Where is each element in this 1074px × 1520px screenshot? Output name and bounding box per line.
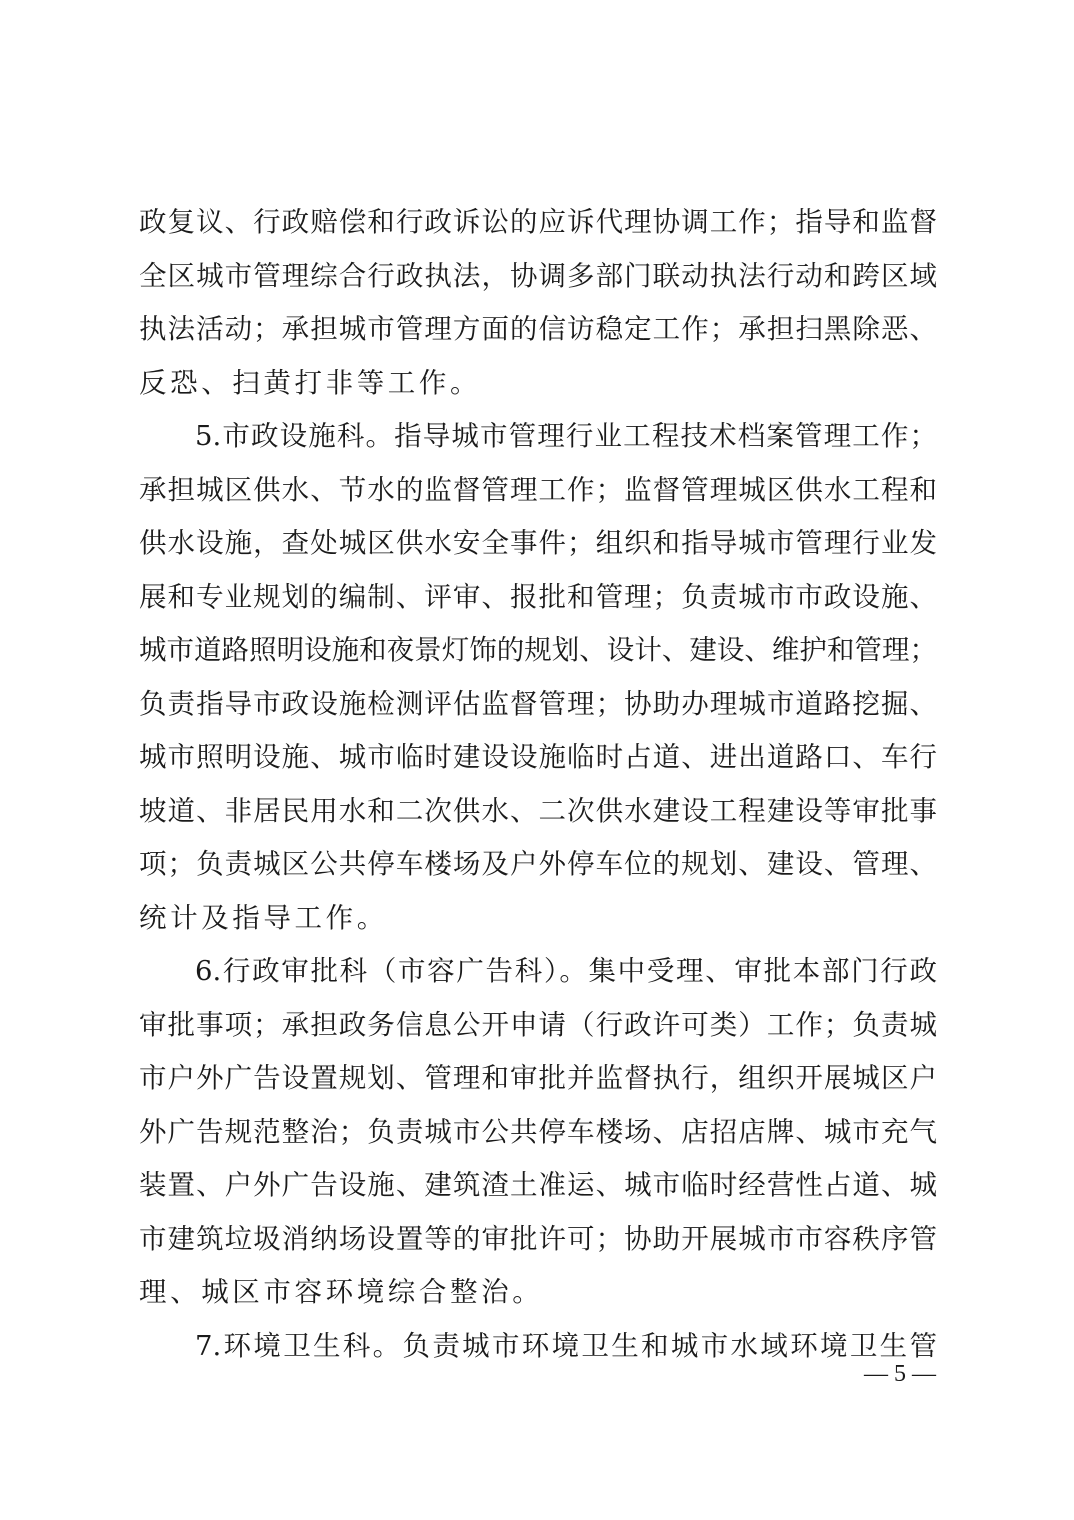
text-line: 外广告规范整治；负责城市公共停车楼场、店招店牌、城市充气	[139, 1110, 937, 1164]
text-line: 市建筑垃圾消纳场设置等的审批许可；协助开展城市市容秩序管	[139, 1217, 937, 1271]
text-line: 城市道路照明设施和夜景灯饰的规划、设计、建设、维护和管理；	[139, 628, 937, 682]
document-body: 政复议、行政赔偿和行政诉讼的应诉代理协调工作；指导和监督 全区城市管理综合行政执…	[139, 200, 937, 1377]
text-line: 承担城区供水、节水的监督管理工作；监督管理城区供水工程和	[139, 468, 937, 522]
document-page: 政复议、行政赔偿和行政诉讼的应诉代理协调工作；指导和监督 全区城市管理综合行政执…	[0, 0, 1074, 1520]
text-line: 负责指导市政设施检测评估监督管理；协助办理城市道路挖掘、	[139, 682, 937, 736]
text-line: 政复议、行政赔偿和行政诉讼的应诉代理协调工作；指导和监督	[139, 200, 937, 254]
text-line: 反恐、扫黄打非等工作。	[139, 361, 937, 415]
text-line: 理、城区市容环境综合整治。	[139, 1270, 937, 1324]
text-line: 城市照明设施、城市临时建设设施临时占道、进出道路口、车行	[139, 735, 937, 789]
text-line: 审批事项；承担政务信息公开申请（行政许可类）工作；负责城	[139, 1003, 937, 1057]
text-line: 执法活动；承担城市管理方面的信访稳定工作；承担扫黑除恶、	[139, 307, 937, 361]
text-line: 展和专业规划的编制、评审、报批和管理；负责城市市政设施、	[139, 575, 937, 629]
text-line: 全区城市管理综合行政执法，协调多部门联动执法行动和跨区域	[139, 254, 937, 308]
paragraph-heading-line: 7.环境卫生科。负责城市环境卫生和城市水域环境卫生管	[139, 1324, 937, 1378]
paragraph-heading-line: 6.行政审批科（市容广告科）。集中受理、审批本部门行政	[139, 949, 937, 1003]
text-line: 供水设施，查处城区供水安全事件；组织和指导城市管理行业发	[139, 521, 937, 575]
text-line: 坡道、非居民用水和二次供水、二次供水建设工程建设等审批事	[139, 789, 937, 843]
text-line: 统计及指导工作。	[139, 896, 937, 950]
paragraph-heading-line: 5.市政设施科。指导城市管理行业工程技术档案管理工作；	[139, 414, 937, 468]
text-line: 项；负责城区公共停车楼场及户外停车位的规划、建设、管理、	[139, 842, 937, 896]
text-line: 装置、户外广告设施、建筑渣土准运、城市临时经营性占道、城	[139, 1163, 937, 1217]
page-number: — 5 —	[860, 1359, 940, 1389]
text-line: 市户外广告设置规划、管理和审批并监督执行，组织开展城区户	[139, 1056, 937, 1110]
